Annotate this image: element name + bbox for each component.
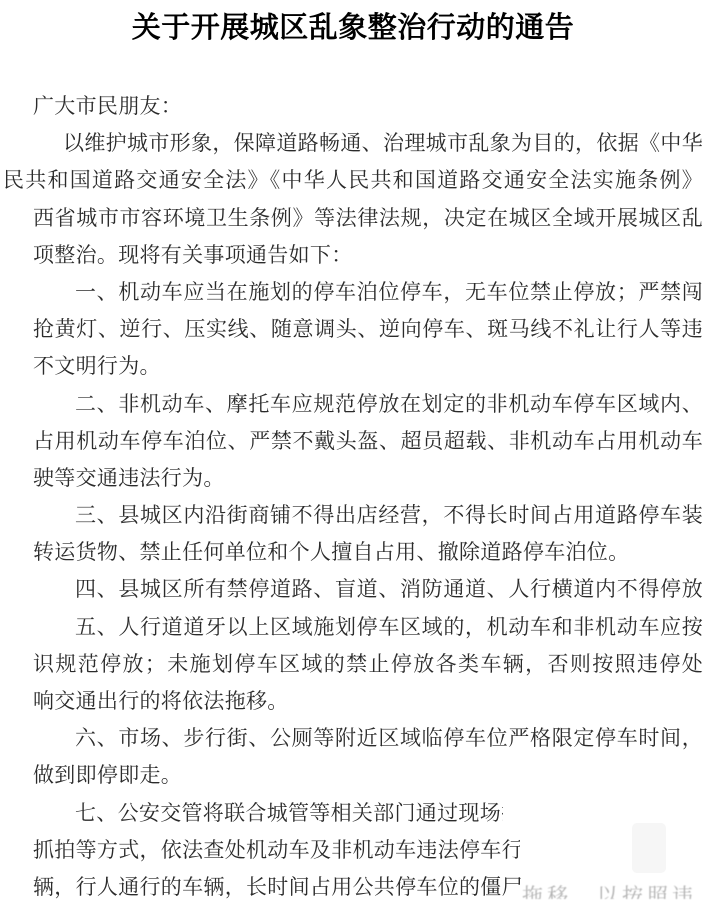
notice-document: { "title": "关于开展城区乱象整治行动的通告", "lines": [… xyxy=(0,0,706,900)
notice-line: 不文明行为。 xyxy=(33,348,703,385)
notice-line: 占用机动车停车泊位、严禁不戴头盔、超员超载、非机动车占用机动车道行 xyxy=(33,423,703,460)
notice-line: 项整治。现将有关事项通告如下： xyxy=(33,237,703,274)
notice-line-truncated: 七、公安交管将联合城管等相关部门通过现场执 xyxy=(33,795,503,832)
faded-text-fragment: ，拖移，以按照违 xyxy=(497,884,703,899)
notice-line: 民共和国道路交通安全法》《中华人民共和国道路交通安全法实施条例》《陕 xyxy=(3,162,703,199)
notice-line: 一、机动车应当在施划的停车泊位停车，无车位禁止停放；严禁闯红灯、 xyxy=(33,274,703,311)
notice-body: 广大市民朋友： 以维护城市形象，保障道路畅通、治理城市乱象为目的，依据《中华人 … xyxy=(33,88,703,900)
notice-line-truncated: 辆，行人通行的车辆，长时间占用公共停车位的僵尸 xyxy=(33,869,527,900)
notice-line: 转运货物、禁止任何单位和个人擅自占用、撤除道路停车泊位。 xyxy=(33,534,703,571)
notice-line: 响交通出行的将依法拖移。 xyxy=(33,683,703,720)
notice-line: 驶等交通违法行为。 xyxy=(33,460,703,497)
salutation-line: 广大市民朋友： xyxy=(33,88,703,125)
notice-line: 抢黄灯、逆行、压实线、随意调头、逆向停车、斑马线不礼让行人等违法和 xyxy=(33,311,703,348)
notice-line: 五、人行道道牙以上区域施划停车区域的，机动车和非机动车应按照标 xyxy=(33,609,703,646)
notice-line: 做到即停即走。 xyxy=(33,757,703,794)
notice-line: 二、非机动车、摩托车应规范停放在划定的非机动车停车区域内、不得 xyxy=(33,386,703,423)
notice-line: 以维护城市形象，保障道路畅通、治理城市乱象为目的，依据《中华人 xyxy=(33,125,703,162)
notice-line: 识规范停放；未施划停车区域的禁止停放各类车辆，否则按照违停处理，影 xyxy=(33,646,703,683)
notice-line: 六、市场、步行街、公厕等附近区域临停车位严格限定停车时间，尽量 xyxy=(33,720,703,757)
scan-artifact-blob xyxy=(632,823,666,873)
notice-line: 四、县城区所有禁停道路、盲道、消防通道、人行横道内不得停放车辆。 xyxy=(33,571,703,608)
notice-line: 三、县城区内沿街商铺不得出店经营，不得长时间占用道路停车装卸、 xyxy=(33,497,703,534)
page-title: 关于开展城区乱象整治行动的通告 xyxy=(0,8,706,48)
notice-line: 西省城市市容环境卫生条例》等法律法规，决定在城区全域开展城区乱象专 xyxy=(33,200,703,237)
notice-line-truncated: 抓拍等方式，依法查处机动车及非机动车违法停车行 xyxy=(33,832,520,869)
